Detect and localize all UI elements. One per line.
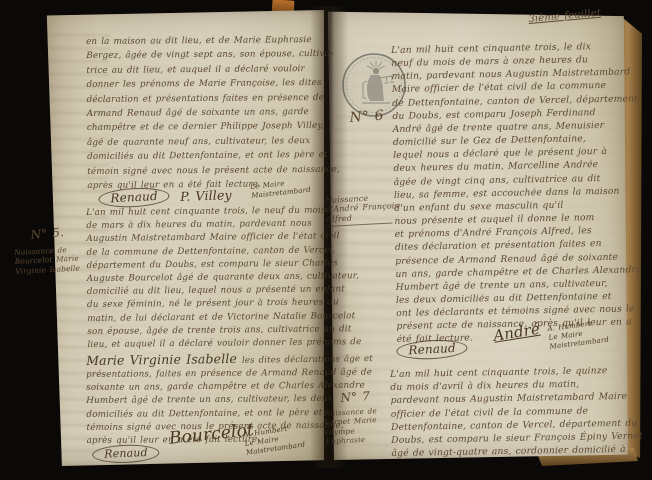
act5-number-label: N° 5. (30, 225, 65, 242)
act6-margin-note: Naissanced'André FrançoisAlfred (325, 193, 393, 228)
act6-number-label: N° 6 (349, 108, 384, 126)
act5-name-line-rest: les dites déclarations âge et (242, 354, 373, 366)
handwritten-line: témoin signé avec nous le présent acte d… (87, 163, 327, 180)
act7-number-label: N° 7 (340, 389, 370, 405)
signature-villey: P. Villey (180, 187, 232, 204)
act7-body-text: L'an mil huit cent cinquante trois, le q… (390, 364, 628, 461)
left-previous-act-text: en la maison au dit lieu, et de Marie Eu… (86, 33, 327, 194)
handwritten-line: domiciliés au dit Dettenfontaine, et ont… (87, 148, 327, 165)
act5-child-name-line: Marie Virginie Isabelleles dites déclara… (86, 346, 373, 369)
act6-body-text: L'an mil huit cent cinquante trois, le d… (391, 39, 633, 346)
act7-margin-note: Naissance deVernet MarieOlympeEuphrasie (324, 406, 379, 446)
handwritten-line: donner les prénoms de Marie Françoise, l… (86, 76, 326, 93)
act5-child-name: Marie Virginie Isabelle (86, 351, 237, 368)
act5-margin-note: Naissance deBourcelot MarieVirginie Isab… (14, 245, 80, 277)
act5-body-text: L'an mil huit cent cinquante trois, le n… (86, 204, 328, 352)
register-scan: en la maison au dit lieu, et de Marie Eu… (0, 0, 652, 480)
